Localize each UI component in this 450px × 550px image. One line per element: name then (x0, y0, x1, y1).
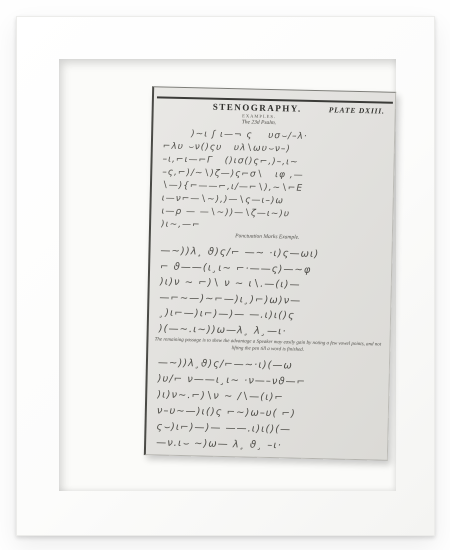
shorthand-block-3: —~))λ¸ϑ)ς/⌐—~·ι)(—ω )υ/⌐ ν——ι¸ι~ ·ν—–νϑ—… (156, 355, 384, 456)
shorthand-block-1: )~ι ʃ ι—¬ ς υσ⌣/–λ· ⌐λυ ⌣ν()ςυ υλ∖ωυ⌣ν–)… (161, 128, 389, 237)
picture-frame: STENOGRAPHY. PLATE DXIII. EXAMPLES. The … (16, 16, 435, 536)
framed-print: STENOGRAPHY. PLATE DXIII. EXAMPLES. The … (0, 0, 450, 550)
shorthand-block-2: —~))λ¸ ϑ)ς/⌐ —~ ·ι)ς—ωι) ⌐ ϑ——(ι¸ι~ ⌐·——… (159, 244, 387, 342)
plate-number: PLATE DXIII. (329, 105, 385, 115)
stenography-plate-page: STENOGRAPHY. PLATE DXIII. EXAMPLES. The … (144, 86, 396, 460)
